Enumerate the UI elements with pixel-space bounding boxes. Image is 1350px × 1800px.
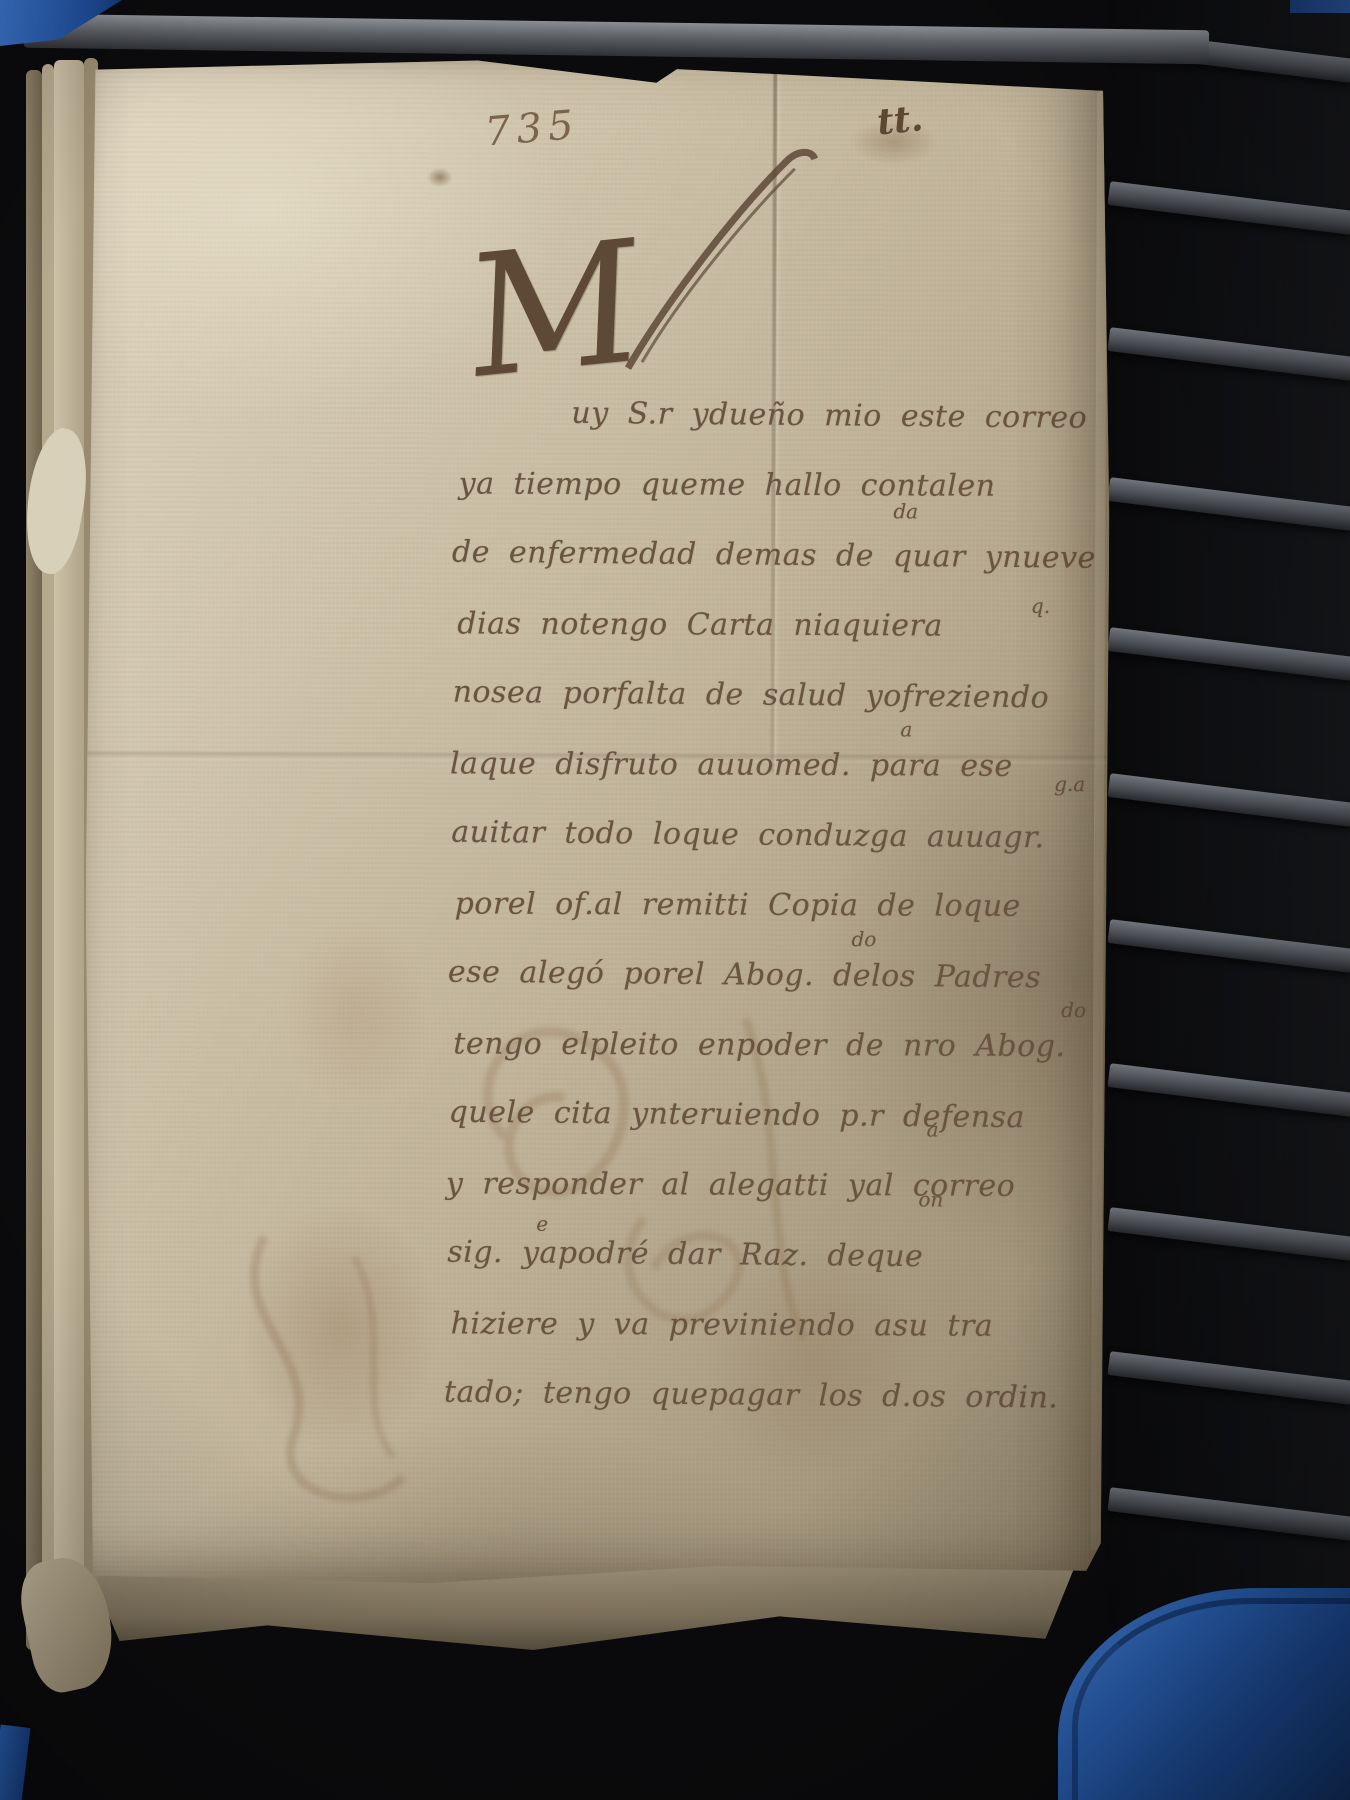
manuscript-line-4: dias notengo Carta niaquiera — [457, 589, 1113, 662]
grate-slat — [1107, 1063, 1350, 1117]
ink-stain — [233, 1196, 444, 1457]
initial-capital: M — [465, 216, 643, 403]
grate-slat — [1107, 477, 1350, 531]
blue-crate-top-right — [1290, 0, 1350, 13]
grate-slat — [1107, 1487, 1350, 1541]
manuscript-line-3: de enfermedad demas de quar ynueve — [452, 518, 1115, 594]
superscript-abbreviation: do — [1061, 998, 1086, 1022]
stack-sheet-edge — [42, 64, 54, 1662]
grate-slat — [1107, 181, 1350, 235]
manuscript-line-5: nosea porfalta de salud yofreziendo — [452, 658, 1113, 734]
grate-slat — [1107, 773, 1350, 827]
manuscript-line-1: uy S.r ydueño mio este correo — [455, 378, 1116, 454]
manuscript-line-11: quele cita ynteruiendo p.r defensa — [448, 1078, 1109, 1154]
manuscript-line-10: tengo elpleito enpoder de nro Abog. — [453, 1009, 1109, 1082]
superscript-abbreviation: a — [900, 717, 912, 741]
superscript-abbreviation: a — [927, 1117, 939, 1141]
manuscript-line-15: tado; tengo quepagar los d.os ordin. — [444, 1358, 1107, 1434]
grate-slat — [1107, 627, 1350, 681]
photo-scene: 735 tt. M uy S.r ydueño mio este correo … — [0, 0, 1350, 1800]
manuscript-line-2: ya tiempo queme hallo contalen — [459, 449, 1115, 522]
superscript-abbreviation: q. — [1031, 594, 1050, 618]
manuscript-line-9: ese alegó porel Abog. delos Padres — [448, 938, 1111, 1014]
docket-mark: tt. — [875, 97, 925, 143]
manuscript-line-7: auitar todo loque conduzga auuagr. — [451, 798, 1112, 874]
grate-slat — [1107, 327, 1350, 381]
shelf-grate-right — [1106, 0, 1350, 1630]
ink-stain — [281, 917, 432, 1108]
stack-sheet-edge — [54, 60, 84, 1672]
manuscript-line-8: porel of.al remitti Copia de loque — [454, 869, 1110, 942]
ink-stain — [427, 167, 453, 187]
stack-sheet-edge — [26, 70, 42, 1650]
folio-number: 735 — [483, 102, 581, 156]
superscript-abbreviation: do — [851, 927, 876, 951]
letter-text-block: uy S.r ydueño mio este correo ya tiempo … — [446, 378, 1116, 1434]
manuscript-line-6: laque disfruto auuomed. para ese — [450, 729, 1112, 802]
superscript-abbreviation: on — [918, 1187, 943, 1211]
grate-slat — [1107, 1351, 1350, 1405]
manuscript-line-14: hiziere y va previniendo asu tra — [450, 1289, 1106, 1362]
manuscript-page: 735 tt. M uy S.r ydueño mio este correo … — [83, 56, 1112, 1592]
superscript-abbreviation: e — [536, 1212, 548, 1236]
grate-slat — [1107, 919, 1350, 973]
superscript-abbreviation: g.a — [1054, 772, 1085, 796]
blue-crate-bottom-right — [1058, 1588, 1350, 1800]
metal-rod-top — [24, 14, 1209, 65]
superscript-abbreviation: da — [893, 499, 918, 523]
grate-slat — [1107, 1207, 1350, 1261]
